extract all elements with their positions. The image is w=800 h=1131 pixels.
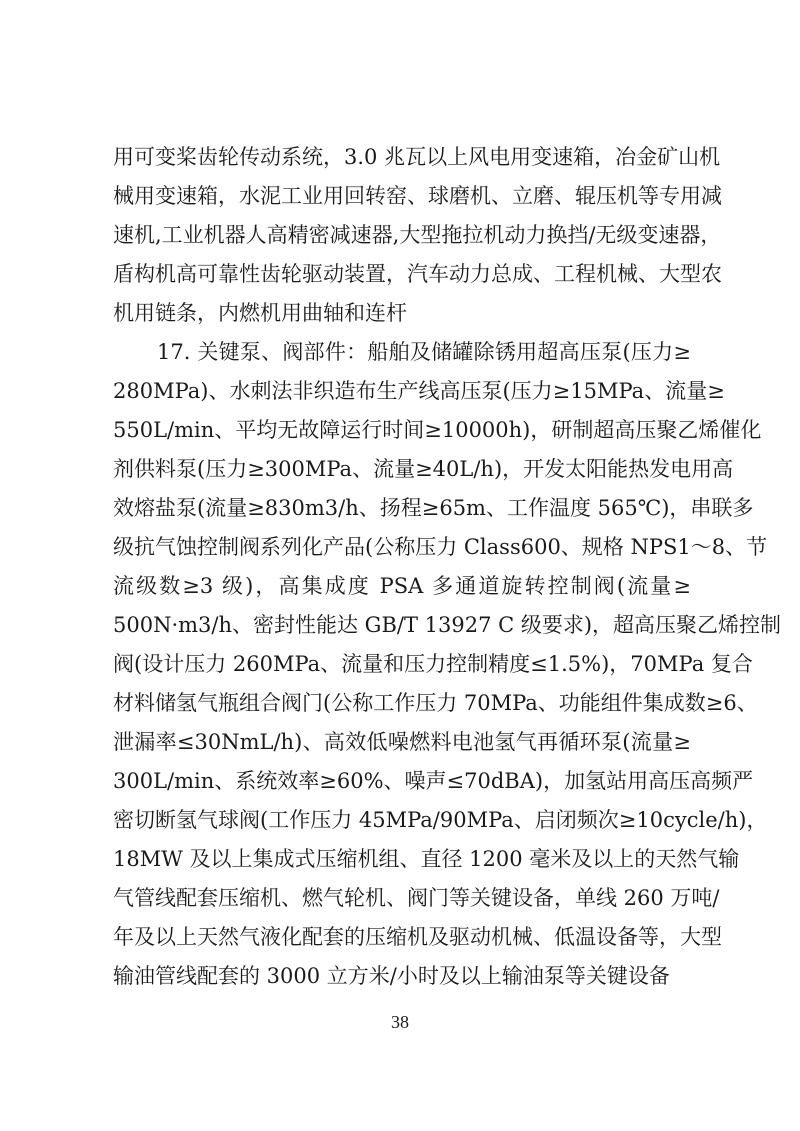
item-heading-line: 17. 关键泵、阀部件：船舶及储罐除锈用超高压泵(压力≥ [157, 338, 691, 366]
text-line: 剂供料泵(压力≥300MPa、流量≥40L/h)，开发太阳能热发电用高 [113, 455, 691, 483]
text-line: 流级数≥3 级)，高集成度 PSA 多通道旋转控制阀(流量≥ [113, 572, 691, 600]
text-line: 阀(设计压力 260MPa、流量和压力控制精度≤1.5%)，70MPa 复合 [113, 650, 691, 678]
text-line: 盾构机高可靠性齿轮驱动装置，汽车动力总成、工程机械、大型农 [113, 260, 691, 288]
text-line: 年及以上天然气液化配套的压缩机及驱动机械、低温设备等，大型 [113, 923, 691, 951]
text-line: 500N·m3/h、密封性能达 GB/T 13927 C 级要求)，超高压聚乙烯… [113, 611, 691, 639]
page-number: 38 [0, 1012, 800, 1033]
text-line: 机用链条，内燃机用曲轴和连杆 [113, 299, 691, 327]
document-page: 用可变桨齿轮传动系统，3.0 兆瓦以上风电用变速箱，冶金矿山机 械用变速箱，水泥… [0, 0, 800, 1131]
text-line: 输油管线配套的 3000 立方米/小时及以上输油泵等关键设备 [113, 962, 691, 990]
text-line: 效熔盐泵(流量≥830m3/h、扬程≥65m、工作温度 565℃)，串联多 [113, 494, 691, 522]
text-line: 18MW 及以上集成式压缩机组、直径 1200 毫米及以上的天然气输 [113, 845, 691, 873]
text-line: 泄漏率≤30NmL/h)、高效低噪燃料电池氢气再循环泵(流量≥ [113, 728, 691, 756]
text-line: 密切断氢气球阀(工作压力 45MPa/90MPa、启闭频次≥10cycle/h)… [113, 806, 691, 834]
text-line: 速机,工业机器人高精密减速器,大型拖拉机动力换挡/无级变速器， [113, 221, 691, 249]
text-line: 550L/min、平均无故障运行时间≥10000h)，研制超高压聚乙烯催化 [113, 416, 691, 444]
text-line: 用可变桨齿轮传动系统，3.0 兆瓦以上风电用变速箱，冶金矿山机 [113, 143, 691, 171]
text-line: 气管线配套压缩机、燃气轮机、阀门等关键设备，单线 260 万吨/ [113, 884, 691, 912]
text-line: 械用变速箱，水泥工业用回转窑、球磨机、立磨、辊压机等专用减 [113, 182, 691, 210]
text-line: 级抗气蚀控制阀系列化产品(公称压力 Class600、规格 NPS1～8、节 [113, 533, 691, 561]
text-line: 280MPa)、水刺法非织造布生产线高压泵(压力≥15MPa、流量≥ [113, 377, 691, 405]
text-line: 300L/min、系统效率≥60%、噪声≤70dBA)，加氢站用高压高频严 [113, 767, 691, 795]
text-line: 材料储氢气瓶组合阀门(公称工作压力 70MPa、功能组件集成数≥6、 [113, 689, 691, 717]
